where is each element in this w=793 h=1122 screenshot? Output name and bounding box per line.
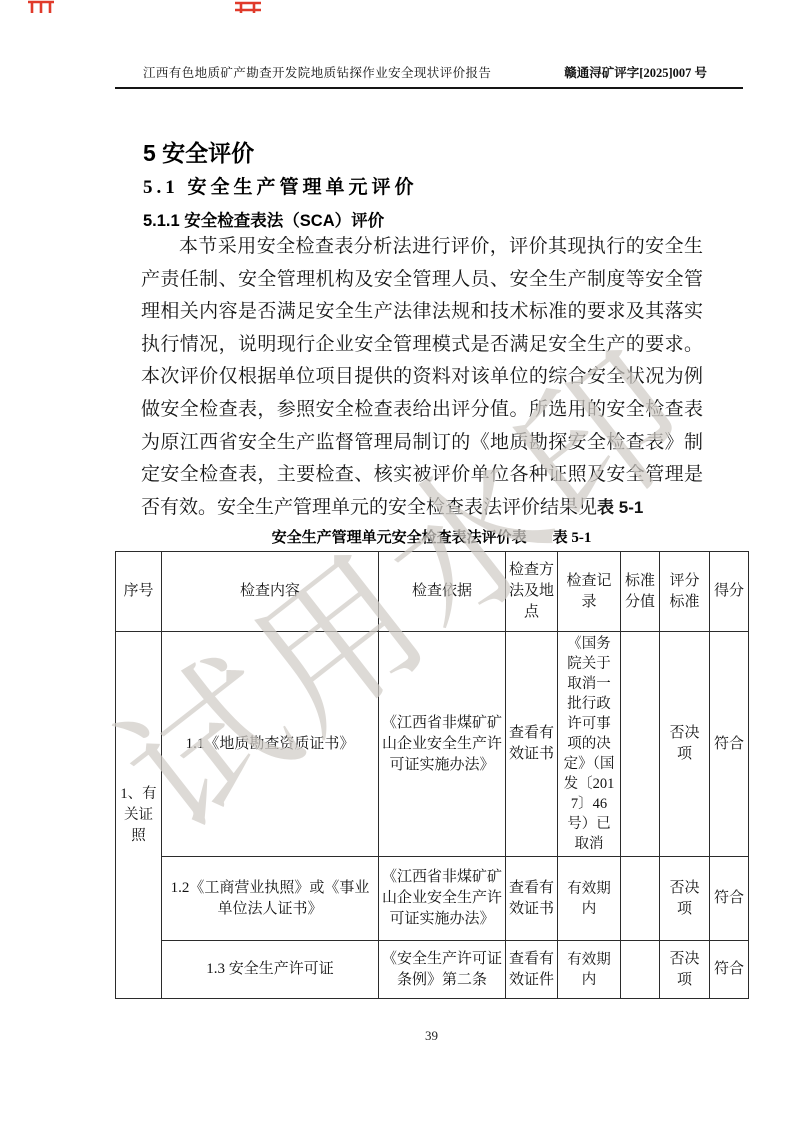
method-cell: 查看有效证书: [506, 857, 558, 941]
evaluation-table: 序号 检查内容 检查依据 检查方法及地点 检查记录 标准分值 评分标准 得分 1…: [115, 551, 749, 999]
basis-cell: 《安全生产许可证条例》第二条: [379, 941, 506, 999]
subsection-heading: 5.1.1 安全检查表法（SCA）评价: [143, 207, 384, 231]
header-rule: [115, 87, 743, 89]
col-header-record: 检查记录: [558, 552, 621, 632]
red-seal-fragment-right-icon: [233, 0, 263, 14]
standard-score-cell: [621, 632, 660, 857]
basis-cell: 《江西省非煤矿矿山企业安全生产许可证实施办法》: [379, 857, 506, 941]
col-header-basis: 检查依据: [379, 552, 506, 632]
score-cell: 符合: [710, 941, 749, 999]
document-page: 江西有色地质矿产勘查开发院地质钻探作业安全现状评价报告 赣通浔矿评字[2025]…: [0, 0, 793, 1122]
table-caption: 安全生产管理单元安全检查表法评价表表 5-1: [115, 526, 748, 547]
header-report-title: 江西有色地质矿产勘查开发院地质钻探作业安全现状评价报告: [143, 63, 491, 81]
col-header-rating-standard: 评分标准: [660, 552, 710, 632]
table-caption-number: 表 5-1: [553, 530, 592, 546]
score-cell: 符合: [710, 857, 749, 941]
chapter-heading: 5 安全评价: [143, 135, 254, 168]
table-caption-title: 安全生产管理单元安全检查表法评价表: [272, 530, 527, 546]
standard-score-cell: [621, 857, 660, 941]
table-row: 1.3 安全生产许可证 《安全生产许可证条例》第二条 查看有效证件 有效期内 否…: [116, 941, 749, 999]
header-doc-number: 赣通浔矿评字[2025]007 号: [564, 63, 707, 81]
standard-score-cell: [621, 941, 660, 999]
col-header-method: 检查方法及地点: [506, 552, 558, 632]
red-seal-fragment-right: [233, 0, 263, 14]
score-cell: 符合: [710, 632, 749, 857]
col-header-content: 检查内容: [162, 552, 379, 632]
rating-standard-cell: 否决项: [660, 632, 710, 857]
table-reference: 表 5-1: [597, 498, 643, 517]
item-cell: 1.2《工商营业执照》或《事业单位法人证书》: [162, 857, 379, 941]
basis-cell: 《江西省非煤矿矿山企业安全生产许可证实施办法》: [379, 632, 506, 857]
method-cell: 查看有效证书: [506, 632, 558, 857]
table-row: 1、有关证照 1.1《地质勘查资质证书》 《江西省非煤矿矿山企业安全生产许可证实…: [116, 632, 749, 857]
page-number: 39: [115, 1028, 748, 1044]
table-header-row: 序号 检查内容 检查依据 检查方法及地点 检查记录 标准分值 评分标准 得分: [116, 552, 749, 632]
col-header-standard-score: 标准分值: [621, 552, 660, 632]
item-cell: 1.3 安全生产许可证: [162, 941, 379, 999]
record-cell: 有效期内: [558, 941, 621, 999]
rating-standard-cell: 否决项: [660, 857, 710, 941]
col-header-score: 得分: [710, 552, 749, 632]
red-seal-fragment-left-icon: [26, 0, 56, 14]
record-cell: 有效期内: [558, 857, 621, 941]
body-paragraph: 本节采用安全检查表分析法进行评价，评价其现执行的安全生产责任制、安全管理机构及安…: [141, 231, 703, 524]
group-label-cell: 1、有关证照: [116, 632, 162, 999]
red-seal-fragment-left: [26, 0, 56, 14]
table-row: 1.2《工商营业执照》或《事业单位法人证书》 《江西省非煤矿矿山企业安全生产许可…: [116, 857, 749, 941]
body-paragraph-text: 本节采用安全检查表分析法进行评价，评价其现执行的安全生产责任制、安全管理机构及安…: [141, 236, 703, 518]
item-cell: 1.1《地质勘查资质证书》: [162, 632, 379, 857]
method-cell: 查看有效证件: [506, 941, 558, 999]
col-header-seq: 序号: [116, 552, 162, 632]
rating-standard-cell: 否决项: [660, 941, 710, 999]
record-cell: 《国务院关于取消一批行政许可事项的决定》（国发〔2017〕46 号）已取消: [558, 632, 621, 857]
section-heading: 5.1 安全生产管理单元评价: [143, 172, 418, 199]
